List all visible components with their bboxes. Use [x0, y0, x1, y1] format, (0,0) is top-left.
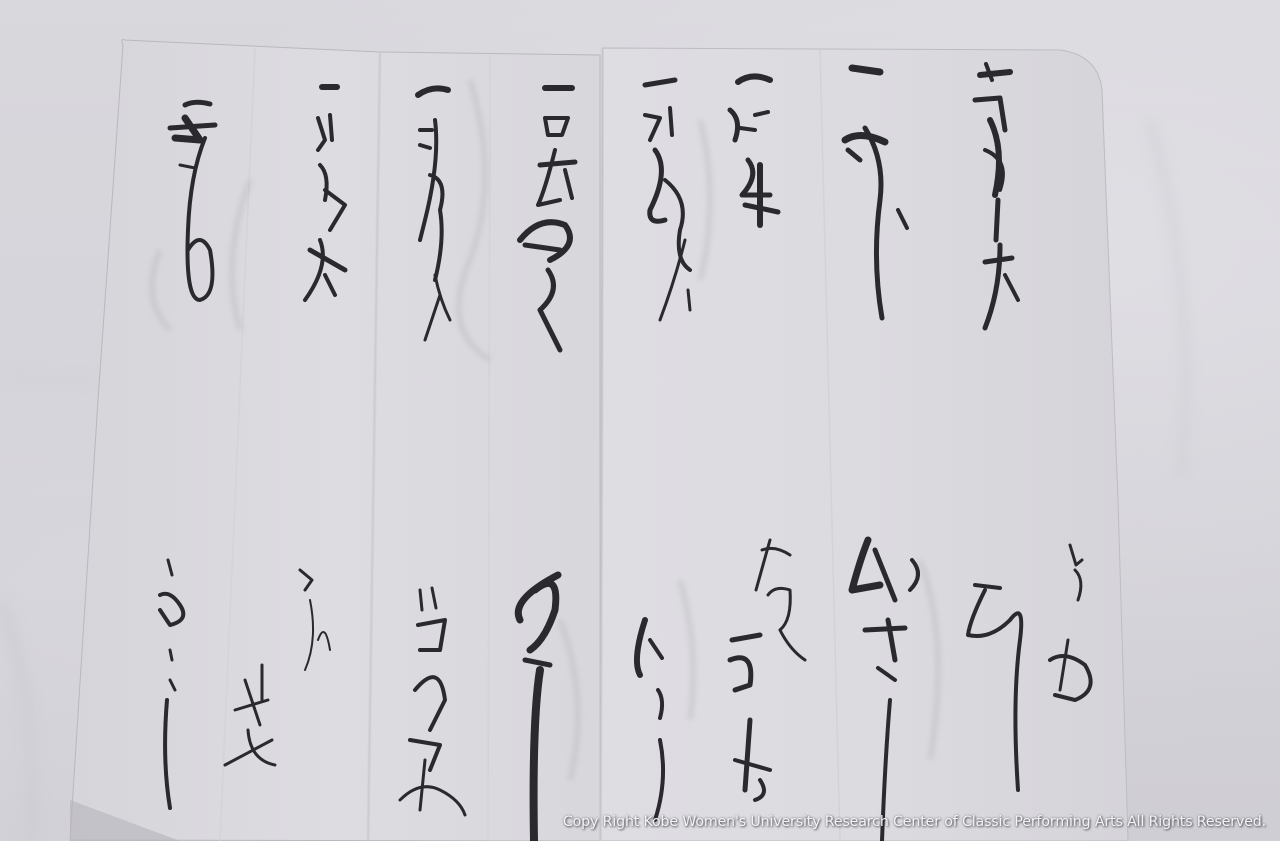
document-scene: [0, 0, 1280, 841]
copyright-watermark: Copy Right Kobe Women's University Resea…: [563, 814, 1266, 830]
right-sheet: [600, 48, 1128, 841]
left-sheet: [70, 40, 600, 841]
document-photograph: Copy Right Kobe Women's University Resea…: [0, 0, 1280, 841]
